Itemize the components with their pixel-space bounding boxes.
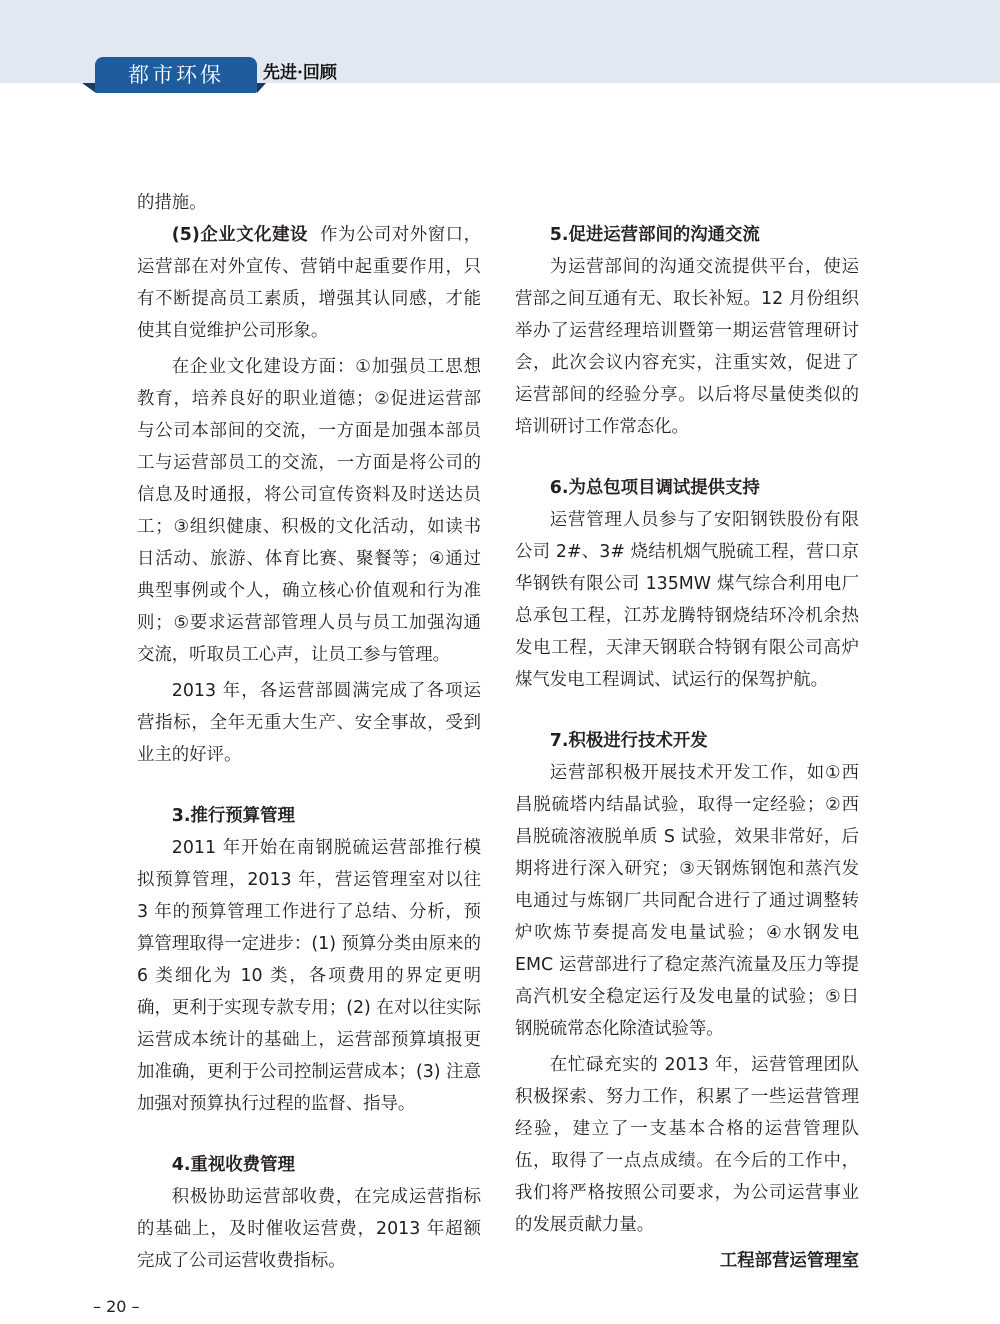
paragraph: 运营部积极开展技术开发工作，如①西昌脱硫塔内结晶试验，取得一定经验；②西昌脱硫溶… bbox=[515, 757, 859, 1045]
paragraph: 2013 年，各运营部圆满完成了各项运营指标，全年无重大生产、安全事故，受到业主… bbox=[137, 675, 481, 771]
paragraph: 在忙碌充实的 2013 年，运营管理团队积极探索、努力工作，积累了一些运营管理经… bbox=[515, 1049, 859, 1241]
paragraph: 运营管理人员参与了安阳钢铁股份有限公司 2#、3# 烧结机烟气脱硫工程，营口京华… bbox=[515, 504, 859, 696]
magazine-logo: 都市环保 bbox=[95, 57, 257, 93]
section-heading: 6.为总包项目调试提供支持 bbox=[515, 472, 859, 504]
paragraph: 在企业文化建设方面：①加强员工思想教育，培养良好的职业道德；②促进运营部与公司本… bbox=[137, 351, 481, 671]
author-signature: 工程部营运管理室 bbox=[515, 1245, 859, 1277]
paragraph: 为运营部间的沟通交流提供平台，使运营部之间互通有无、取长补短。12 月份组织举办… bbox=[515, 251, 859, 443]
section-heading: 3.推行预算管理 bbox=[137, 800, 481, 832]
left-column: 的措施。 (5)企业文化建设 作为公司对外窗口，运营部在对外宣传、营销中起重要作… bbox=[137, 187, 481, 1277]
logo-fold-left bbox=[82, 83, 96, 93]
section-heading: 5.促进运营部间的沟通交流 bbox=[515, 219, 859, 251]
paragraph: 的措施。 bbox=[137, 187, 481, 219]
section-label: 先进·回顾 bbox=[263, 58, 337, 88]
paragraph: 积极协助运营部收费，在完成运营指标的基础上，及时催收运营费，2013 年超额完成… bbox=[137, 1181, 481, 1277]
paragraph: 2011 年开始在南钢脱硫运营部推行模拟预算管理，2013 年，营运管理室对以往… bbox=[137, 832, 481, 1120]
section-heading: 4.重视收费管理 bbox=[137, 1149, 481, 1181]
run-in-heading: (5)企业文化建设 bbox=[172, 225, 308, 245]
right-column: 5.促进运营部间的沟通交流 为运营部间的沟通交流提供平台，使运营部之间互通有无、… bbox=[515, 219, 859, 1277]
page-number: – 20 – bbox=[93, 1296, 140, 1318]
section-heading: 7.积极进行技术开发 bbox=[515, 725, 859, 757]
paragraph: (5)企业文化建设 作为公司对外窗口，运营部在对外宣传、营销中起重要作用，只有不… bbox=[137, 219, 481, 347]
